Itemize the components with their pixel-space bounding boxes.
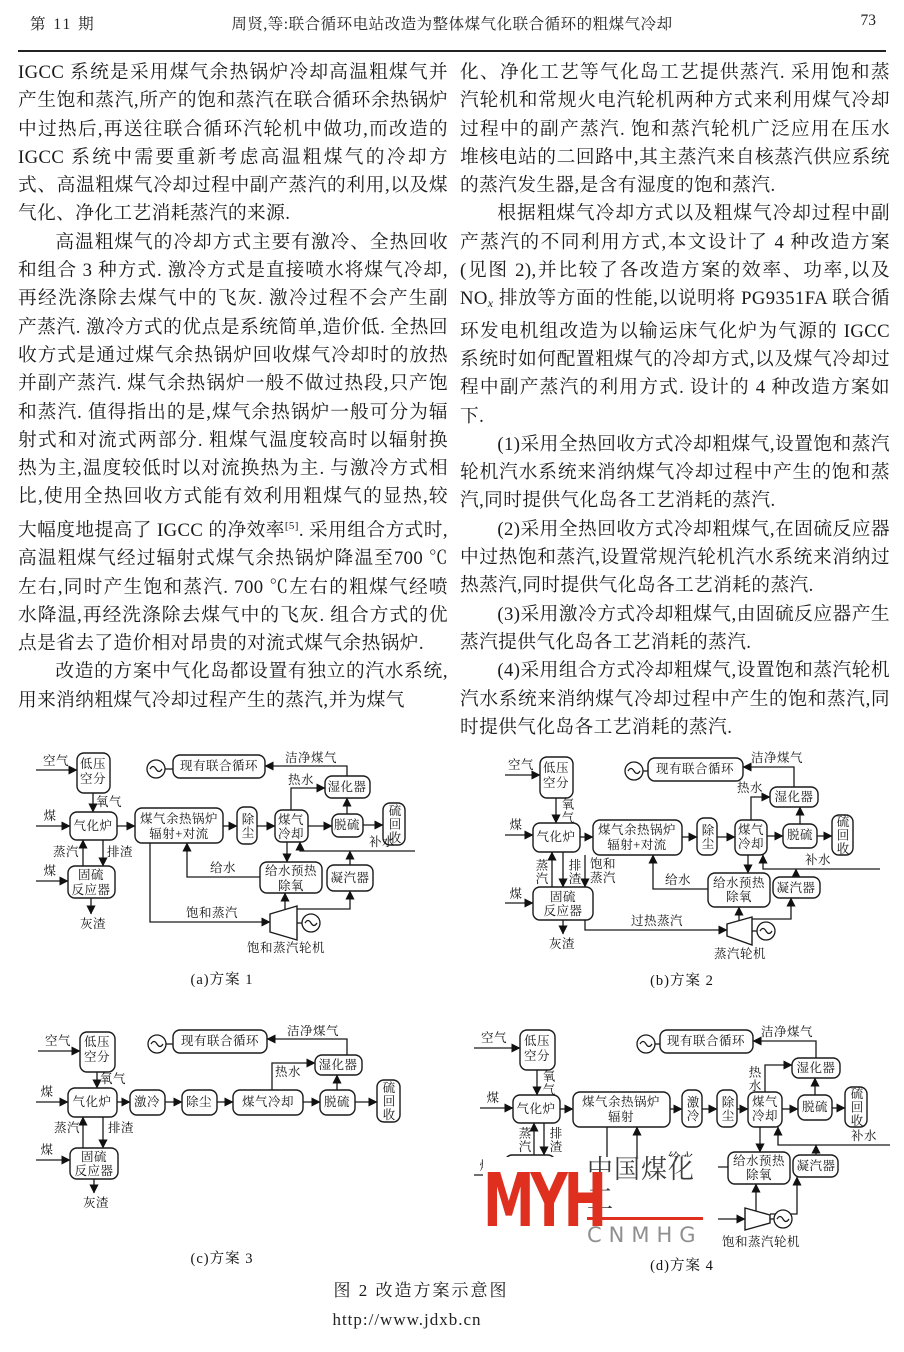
- node-gasifier: 气化炉: [533, 823, 580, 852]
- gas-cooling-label: 煤气冷却: [242, 1094, 294, 1109]
- node-condenser: 凝汽器: [773, 877, 820, 898]
- gas-cooling-label: 冷却: [752, 1108, 778, 1123]
- node-gas-cooling: 煤气 冷却: [748, 1092, 782, 1127]
- node-humidifier: 湿化器: [325, 776, 370, 798]
- node-waste-heat-boiler: 煤气余热锅炉 辐射+对流: [593, 820, 682, 855]
- node-desulfurization: 脱硫: [783, 824, 817, 848]
- hot-water-label: 热水: [275, 1064, 301, 1079]
- node-desulfurization: 脱硫: [798, 1095, 832, 1120]
- oxygen-label: 氧气: [560, 798, 574, 825]
- subcaption-a: (a)方案 1: [191, 971, 254, 988]
- node-sorbent-reactor: 固硫 反应器: [68, 866, 115, 898]
- dedust-label: 除尘: [720, 1096, 734, 1123]
- node-existing-cc: 现有联合循环: [148, 1030, 267, 1053]
- node-waste-heat-boiler: 煤气余热锅炉 辐射: [573, 1092, 670, 1127]
- asu-label: 空分: [80, 771, 106, 786]
- gasifier-label: 气化炉: [516, 1101, 555, 1116]
- whb-label: 煤气余热锅炉: [582, 1094, 660, 1109]
- air-label: 空气: [508, 757, 534, 772]
- asu-label: 低压: [80, 757, 106, 771]
- fwp-label: 给水预热: [265, 863, 317, 878]
- watermark-divider: [587, 1217, 703, 1220]
- gasifier-label: 气化炉: [536, 829, 575, 844]
- steam-label: 蒸汽: [54, 1120, 80, 1135]
- node-waste-heat-boiler: 煤气余热锅炉 辐射+对流: [135, 808, 223, 843]
- slag-label: 排渣: [107, 844, 133, 859]
- paragraph: 高温粗煤气的冷却方式主要有激冷、全热回收和组合 3 种方式. 激冷方式是直接喷水…: [18, 229, 448, 659]
- makeup-water-label: 补水: [851, 1128, 877, 1143]
- asu-label: 空分: [84, 1049, 110, 1064]
- coal-label: 煤: [486, 1090, 499, 1105]
- node-quench: 激冷: [682, 1090, 702, 1127]
- subcaption-d: (d)方案 4: [650, 1257, 714, 1274]
- scheme-item-4: (4)采用组合方式冷却粗煤气,设置饱和蒸汽轮机汽水系统来消纳煤气冷却过程中产生的…: [460, 657, 890, 742]
- node-existing-cc: 现有联合循环: [637, 1030, 753, 1053]
- scheme-item-1: (1)采用全热回收方式冷却粗煤气,设置饱和蒸汽轮机汽水系统来消纳煤气冷却过程中产…: [460, 431, 890, 516]
- node-sorbent-reactor: 固硫 反应器: [70, 1148, 118, 1179]
- air-label: 空气: [481, 1030, 507, 1045]
- steam-label: 蒸汽: [534, 858, 548, 886]
- node-steam-turbine: [727, 917, 775, 945]
- sat-steam-label: 蒸汽: [590, 870, 616, 885]
- sat-steam-label: 饱和蒸汽: [186, 905, 238, 920]
- hot-water-label: 热水: [288, 772, 314, 787]
- gas-cooling-label: 冷却: [278, 826, 304, 841]
- feedwater-label: 给水: [210, 860, 236, 875]
- gas-cooling-label: 煤气: [278, 812, 304, 827]
- sat-steam-turbine-label: 饱和蒸汽轮机: [247, 940, 325, 955]
- cc-label: 现有联合循环: [667, 1033, 745, 1048]
- fwp-label: 给水预热: [733, 1153, 785, 1168]
- coal-label: 煤: [509, 886, 522, 901]
- ash-label: 灰渣: [549, 936, 575, 951]
- node-dedust: 除尘: [237, 807, 257, 844]
- humidifier-label: 湿化器: [774, 790, 813, 804]
- coal-label: 煤: [43, 808, 56, 823]
- whb-label: 辐射+对流: [607, 837, 667, 852]
- node-existing-cc: 现有联合循环: [147, 755, 265, 778]
- scheme-item-3: (3)采用激冷方式冷却粗煤气,由固硫反应器产生蒸汽提供气化岛各工艺消耗的蒸汽.: [460, 601, 890, 658]
- steam-turbine-label: 蒸汽轮机: [714, 946, 766, 961]
- hot-water-label: 热水: [737, 780, 763, 795]
- whb-label: 煤气余热锅炉: [140, 811, 218, 826]
- sorbent-label: 固硫: [550, 889, 576, 904]
- ash-label: 灰渣: [83, 1195, 109, 1210]
- dedust-label: 除尘: [186, 1094, 212, 1109]
- coal-label: 煤: [40, 1142, 53, 1157]
- oxygen-label: 氧气: [541, 1070, 555, 1097]
- running-title: 周贤,等:联合循环电站改造为整体煤气化联合循环的粗煤气冷却: [0, 12, 904, 34]
- node-dedust: 除尘: [182, 1090, 217, 1115]
- cnmhg-logo-icon: MYH: [483, 1162, 561, 1240]
- node-sulfur-recovery: 硫回收: [845, 1086, 867, 1128]
- scheme-item-2: (2)采用全热回收方式冷却粗煤气,在固硫反应器中过热饱和蒸汽,设置常规汽轮机汽水…: [460, 516, 890, 601]
- node-humidifier: 湿化器: [770, 787, 818, 807]
- node-asu: 低压 空分: [520, 1030, 555, 1070]
- condenser-label: 凝汽器: [330, 870, 369, 885]
- quench-label: 激冷: [685, 1096, 699, 1123]
- whb-label: 辐射+对流: [149, 826, 209, 841]
- sulfur-label: 硫回收: [381, 1080, 395, 1122]
- steam-label: 蒸汽: [53, 844, 79, 859]
- diagram-scheme-3: 低压 空分 现有联合循环 湿化器 气化炉 激冷 除尘: [30, 1025, 460, 1275]
- node-desulfurization: 脱硫: [320, 1090, 355, 1115]
- humidifier-label: 湿化器: [318, 1058, 357, 1072]
- header-rule: [18, 50, 886, 52]
- feedwater-label: 给水: [665, 872, 691, 887]
- watermark-cn-text: 中国煤化工: [587, 1155, 718, 1215]
- left-column: IGCC 系统是采用煤气余热锅炉冷却高温粗煤气并产生饱和蒸汽,所产的饱和蒸汽在联…: [18, 59, 448, 742]
- figure-caption: 图 2 改造方案示意图: [0, 1276, 842, 1301]
- article-body: IGCC 系统是采用煤气余热锅炉冷却高温粗煤气并产生饱和蒸汽,所产的饱和蒸汽在联…: [18, 59, 890, 742]
- node-gas-cooling: 煤气 冷却: [275, 810, 308, 842]
- fwp-label: 除氧: [746, 1168, 772, 1182]
- desulf-label: 脱硫: [334, 817, 360, 832]
- sulfur-label: 硫回收: [835, 814, 849, 856]
- clean-gas-label: 洁净煤气: [287, 1025, 339, 1038]
- desulf-label: 脱硫: [802, 1099, 828, 1114]
- watermark: MYH 中国煤化工 CNMHG: [483, 1157, 718, 1245]
- page-header: 第 11 期 周贤,等:联合循环电站改造为整体煤气化联合循环的粗煤气冷却 73: [0, 10, 904, 34]
- node-gasifier: 气化炉: [70, 812, 117, 840]
- dedust-label: 除尘: [700, 824, 714, 851]
- journal-url: http://www.jdxb.cn: [0, 1310, 814, 1330]
- coal-label: 煤: [509, 817, 522, 832]
- coal-label: 煤: [40, 1084, 53, 1099]
- sat-steam-turbine-label: 饱和蒸汽轮机: [722, 1234, 800, 1249]
- gasifier-label: 气化炉: [72, 1094, 111, 1109]
- node-quench: 激冷: [130, 1090, 165, 1115]
- cc-label: 现有联合循环: [181, 1033, 259, 1048]
- node-humidifier: 湿化器: [792, 1058, 840, 1078]
- diagram-scheme-1: 低压 空分 现有联合循环 湿化器 气化炉 煤气余热锅炉 辐射+对流: [30, 748, 450, 998]
- paper-page: 第 11 期 周贤,等:联合循环电站改造为整体煤气化联合循环的粗煤气冷却 73 …: [0, 0, 904, 1352]
- paragraph-text: 高温粗煤气的冷却方式主要有激冷、全热回收和组合 3 种方式. 激冷方式是直接喷水…: [18, 232, 448, 541]
- node-fw-preheater: 给水预热 除氧: [260, 862, 322, 893]
- hot-water-label: 热水: [747, 1065, 761, 1093]
- node-humidifier: 湿化器: [315, 1055, 362, 1075]
- watermark-text: 中国煤化工 CNMHG: [587, 1155, 718, 1247]
- citation-ref: [5]: [285, 520, 299, 532]
- cc-label: 现有联合循环: [656, 761, 734, 776]
- gasifier-label: 气化炉: [73, 818, 112, 833]
- node-desulfurization: 脱硫: [332, 814, 363, 837]
- fwp-label: 除氧: [726, 890, 752, 904]
- node-sat-steam-turbine: [745, 1208, 792, 1230]
- steam-label: 蒸汽: [517, 1126, 531, 1154]
- node-asu: 低压 空分: [80, 1032, 115, 1072]
- asu-label: 空分: [524, 1048, 550, 1063]
- paragraph-text: 排放等方面的性能,以说明将 PG9351FA 联合循环发电机组改造为以输运床气化…: [460, 288, 890, 426]
- node-gas-cooling: 煤气 冷却: [735, 820, 767, 855]
- node-sulfur-recovery: 硫回收: [377, 1080, 400, 1122]
- sat-steam-label: 饱和: [590, 856, 616, 871]
- sorbent-label: 反应器: [71, 882, 110, 897]
- gas-cooling-label: 煤气: [752, 1094, 778, 1109]
- sorbent-label: 固硫: [81, 1149, 107, 1164]
- asu-label: 低压: [524, 1034, 550, 1048]
- dedust-label: 除尘: [240, 813, 254, 840]
- humidifier-label: 湿化器: [327, 780, 366, 794]
- slag-label: 排渣: [108, 1120, 134, 1135]
- sulfur-label: 硫回收: [849, 1086, 863, 1128]
- desulf-label: 脱硫: [787, 827, 813, 842]
- node-existing-cc: 现有联合循环: [625, 758, 743, 781]
- node-fw-preheater: 给水预热 除氧: [708, 873, 770, 907]
- paragraph: 化、净化工艺等气化岛工艺提供蒸汽. 采用饱和蒸汽轮机和常规火电汽轮机两种方式来利…: [460, 59, 890, 200]
- node-asu: 低压 空分: [540, 757, 573, 798]
- quench-label: 激冷: [134, 1094, 160, 1109]
- whb-label: 煤气余热锅炉: [598, 822, 676, 837]
- subcaption-c: (c)方案 3: [191, 1250, 254, 1267]
- node-asu: 低压 空分: [77, 753, 110, 793]
- paragraph-text: 根据粗煤气冷却方式以及粗煤气冷却过程中副产蒸汽的不同利用方式,本文设计了 4 种…: [460, 203, 890, 281]
- superheated-steam-label: 过热蒸汽: [631, 913, 683, 928]
- node-sat-steam-turbine: [270, 906, 320, 940]
- node-gasifier: 气化炉: [68, 1088, 117, 1117]
- asu-label: 低压: [84, 1035, 110, 1049]
- node-gas-cooling: 煤气冷却: [233, 1090, 303, 1115]
- slag-label: 排渣: [567, 858, 581, 886]
- node-dedust: 除尘: [697, 818, 717, 855]
- paragraph: 改造的方案中气化岛都设置有独立的汽水系统,用来消纳粗煤气冷却过程产生的蒸汽,并为…: [18, 658, 448, 715]
- clean-gas-label: 洁净煤气: [751, 750, 803, 765]
- gas-cooling-label: 煤气: [738, 822, 764, 837]
- watermark-en-text: CNMHG: [587, 1223, 718, 1247]
- desulf-label: 脱硫: [324, 1094, 350, 1109]
- makeup-water-label: 补水: [805, 852, 831, 867]
- node-condenser: 凝汽器: [793, 1155, 838, 1177]
- node-sulfur-recovery: 硫回收: [832, 814, 853, 856]
- clean-gas-label: 洁净煤气: [761, 1025, 813, 1039]
- sorbent-label: 反应器: [74, 1163, 113, 1178]
- sorbent-label: 反应器: [543, 903, 582, 918]
- nox-text: NO: [460, 288, 488, 309]
- clean-gas-label: 洁净煤气: [285, 750, 337, 765]
- condenser-label: 凝汽器: [796, 1158, 835, 1173]
- fwp-label: 给水预热: [713, 875, 765, 890]
- gas-cooling-label: 冷却: [738, 836, 764, 851]
- paragraph: IGCC 系统是采用煤气余热锅炉冷却高温粗煤气并产生饱和蒸汽,所产的饱和蒸汽在联…: [18, 59, 448, 229]
- air-label: 空气: [43, 753, 69, 768]
- ash-label: 灰渣: [80, 916, 106, 931]
- makeup-water-label: 补水: [369, 834, 395, 849]
- node-dedust: 除尘: [717, 1090, 737, 1127]
- node-condenser: 凝汽器: [327, 865, 373, 891]
- asu-label: 空分: [543, 775, 569, 790]
- diagram-scheme-2: 低压 空分 现有联合循环 湿化器 气化炉 煤气余热锅炉 辐射+对流: [460, 748, 890, 1000]
- figure-2: 低压 空分 现有联合循环 湿化器 气化炉 煤气余热锅炉 辐射+对流: [0, 748, 904, 1352]
- air-label: 空气: [45, 1033, 71, 1048]
- humidifier-label: 湿化器: [796, 1061, 835, 1075]
- asu-label: 低压: [543, 761, 569, 775]
- cc-label: 现有联合循环: [180, 758, 258, 773]
- paragraph: 根据粗煤气冷却方式以及粗煤气冷却过程中副产蒸汽的不同利用方式,本文设计了 4 种…: [460, 200, 890, 430]
- node-gasifier: 气化炉: [513, 1095, 560, 1123]
- oxygen-label: 氧气: [96, 794, 122, 809]
- fwp-label: 除氧: [278, 879, 304, 893]
- node-fw-preheater: 给水预热 除氧: [728, 1152, 790, 1184]
- whb-label: 辐射: [608, 1110, 634, 1124]
- slag-label: 排渣: [548, 1126, 562, 1154]
- page-number: 73: [861, 12, 877, 30]
- coal-label: 煤: [43, 863, 56, 878]
- subcaption-b: (b)方案 2: [650, 972, 714, 989]
- right-column: 化、净化工艺等气化岛工艺提供蒸汽. 采用饱和蒸汽轮机和常规火电汽轮机两种方式来利…: [460, 59, 890, 742]
- oxygen-label: 氧气: [100, 1071, 126, 1086]
- sorbent-label: 固硫: [78, 867, 104, 882]
- condenser-label: 凝汽器: [776, 880, 815, 895]
- node-sorbent-reactor: 固硫 反应器: [533, 887, 593, 920]
